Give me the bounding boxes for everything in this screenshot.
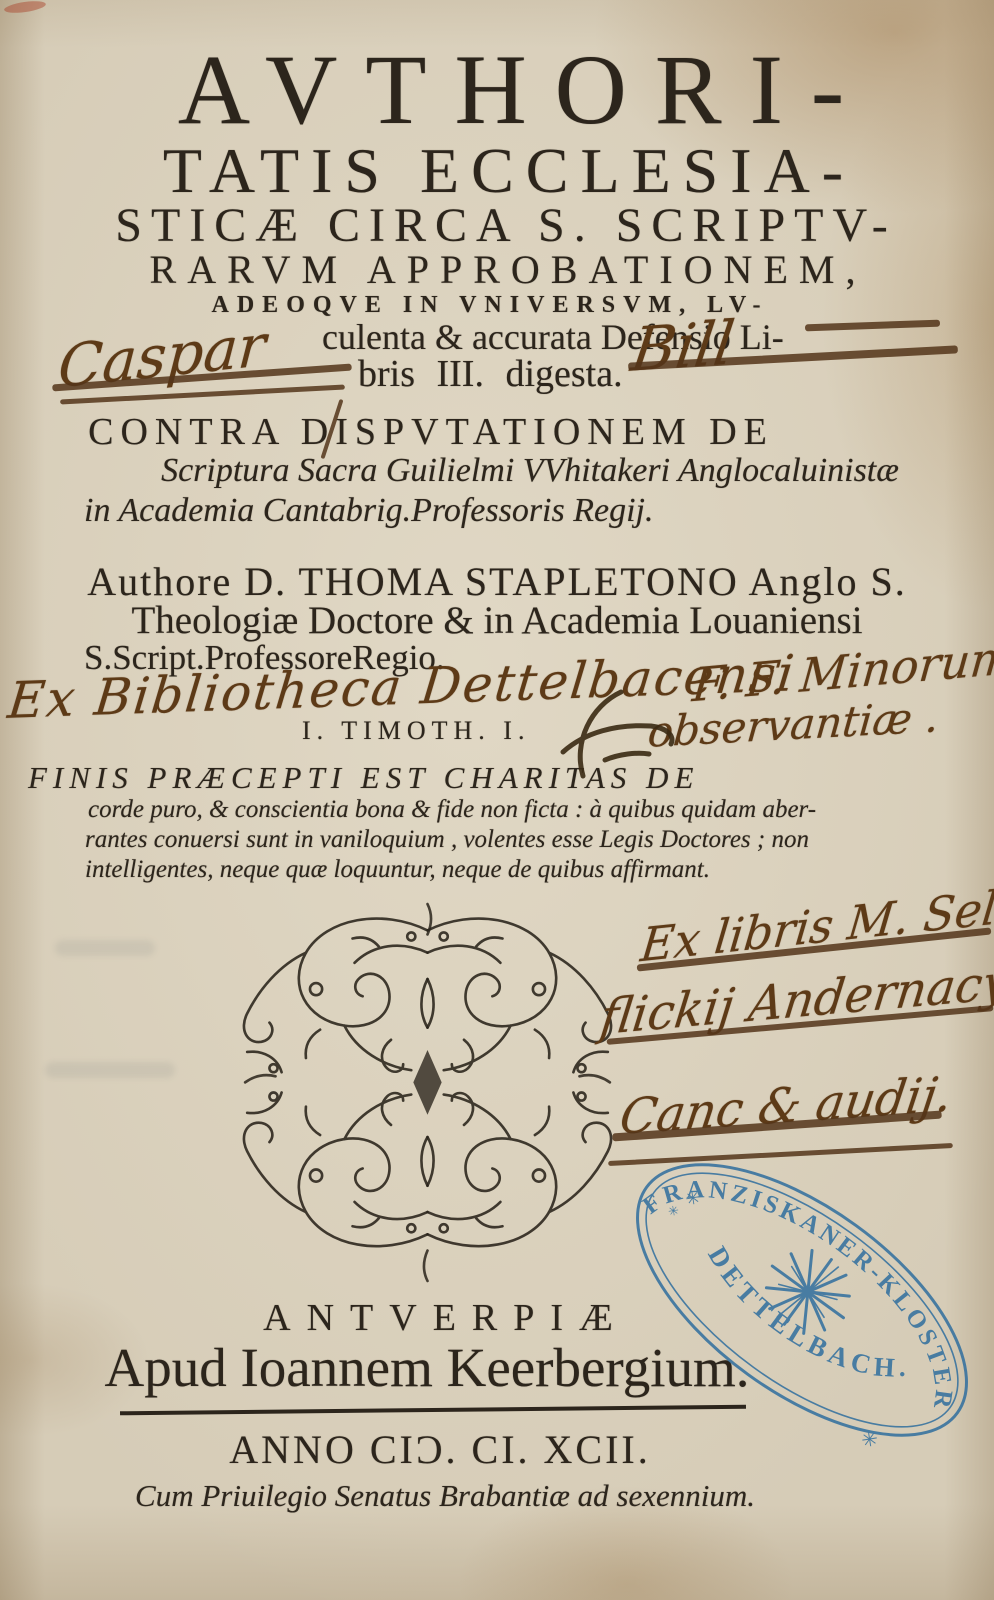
- contra-line-3: in Academia Cantabrig.Professoris Regij.: [84, 492, 653, 530]
- main-title-line-4: RARVM APPROBATIONEM,: [0, 246, 994, 293]
- imprint-privilege: Cum Priuilegio Senatus Brabantiæ ad sexe…: [0, 1478, 942, 1514]
- paper-stain: [55, 940, 155, 956]
- paper-stain: [4, 0, 47, 15]
- scripture-reference: I. TIMOTH. I.: [302, 716, 530, 746]
- main-title-line-5: ADEOQVE IN VNIVERSVM, LV-: [0, 292, 987, 319]
- main-title-line-3: STICÆ CIRCA S. SCRIPTV-: [0, 198, 994, 253]
- handwritten-crossed-right: Bill: [627, 308, 738, 386]
- quote-line-3: rantes conuersi sunt in vaniloquium , vo…: [85, 826, 809, 854]
- quote-line-2: corde puro, & conscientia bona & fide no…: [88, 796, 816, 824]
- quote-line-4: intelligentes, neque quæ loquuntur, nequ…: [85, 856, 710, 884]
- contra-line-2: Scriptura Sacra Guilielmi VVhitakeri Ang…: [33, 452, 994, 490]
- main-title-line-7: bris III. digesta.: [358, 352, 623, 396]
- book-title-page: AVTHORI- TATIS ECCLESIA- STICÆ CIRCA S. …: [0, 0, 994, 1600]
- ink-flourish: [545, 680, 715, 780]
- paper-stain: [45, 1062, 175, 1078]
- main-title-line-1: AVTHORI-: [0, 32, 994, 147]
- library-stamp: FRANZISKANER-KLOSTER DETTELBACH. ✳ ✳ ✳: [602, 1140, 994, 1460]
- author-line-2: Theologiæ Doctore & in Academia Louanien…: [0, 598, 994, 643]
- printers-ornament-graphic: [235, 900, 620, 1285]
- contra-line-1: CONTRA DISPVTATIONEM DE: [0, 410, 928, 454]
- ink-strikethrough: [805, 320, 940, 332]
- main-title-line-2: TATIS ECCLESIA-: [0, 134, 994, 208]
